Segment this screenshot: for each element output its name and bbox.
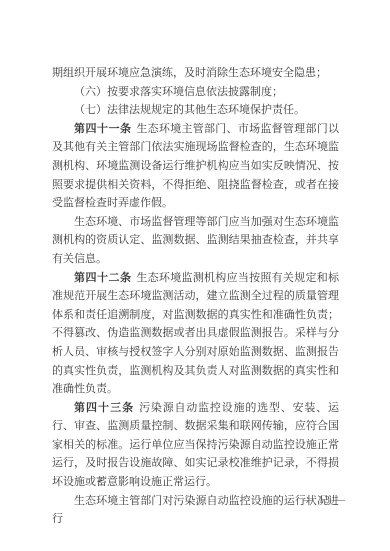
paragraph-text: 生态环境监测机构应当按照有关规定和标准规范开展生态环境监测活动，建立监测全过程的…: [52, 272, 339, 396]
paragraph-article-43: 第四十三条污染源自动监控设施的选型、安装、运行、审查、监测质量控制、数据采集和联…: [52, 399, 339, 492]
article-number-label: 第四十二条: [74, 272, 131, 284]
paragraph-text: 期组织开展环境应急演练，及时消除生态环境安全隐患；: [52, 67, 327, 79]
paragraph-body: 生态环境主管部门对污染源自动监控设施的运行状况进行: [52, 492, 339, 529]
paragraph-text: 污染源自动监控设施的选型、安装、运行、审查、监测质量控制、数据采集和联网传输，应…: [52, 402, 339, 488]
paragraph-text: 生态环境主管部门、市场监督管理部门以及其他有关主管部门依法实施现场监督检查的，生…: [52, 123, 339, 209]
document-page: 期组织开展环境应急演练，及时消除生态环境安全隐患； （六）按要求落实环境信息依法…: [0, 0, 390, 551]
paragraph-item-6: （六）按要求落实环境信息依法披露制度；: [52, 83, 339, 102]
paragraph-text: 生态环境、市场监督管理等部门应当加强对生态环境监测机构的资质认定、监测数据、监测…: [52, 216, 339, 265]
article-number-label: 第四十一条: [74, 123, 131, 135]
page-body-text: 期组织开展环境应急演练，及时消除生态环境安全隐患； （六）按要求落实环境信息依法…: [52, 64, 339, 529]
article-number-label: 第四十三条: [74, 402, 134, 414]
paragraph-body: 生态环境、市场监督管理等部门应当加强对生态环境监测机构的资质认定、监测数据、监测…: [52, 213, 339, 269]
paragraph-text: （七）法律法规规定的其他生态环境保护责任。: [74, 104, 305, 116]
paragraph-article-41: 第四十一条生态环境主管部门、市场监督管理部门以及其他有关主管部门依法实施现场监督…: [52, 120, 339, 213]
paragraph-article-42: 第四十二条生态环境监测机构应当按照有关规定和标准规范开展生态环境监测活动，建立监…: [52, 269, 339, 399]
paragraph-continuation: 期组织开展环境应急演练，及时消除生态环境安全隐患；: [52, 64, 339, 83]
paragraph-item-7: （七）法律法规规定的其他生态环境保护责任。: [52, 101, 339, 120]
page-number: — 13 —: [303, 495, 346, 506]
paragraph-text: 生态环境主管部门对污染源自动监控设施的运行状况进行: [52, 495, 339, 526]
paragraph-text: （六）按要求落实环境信息依法披露制度；: [74, 86, 283, 98]
